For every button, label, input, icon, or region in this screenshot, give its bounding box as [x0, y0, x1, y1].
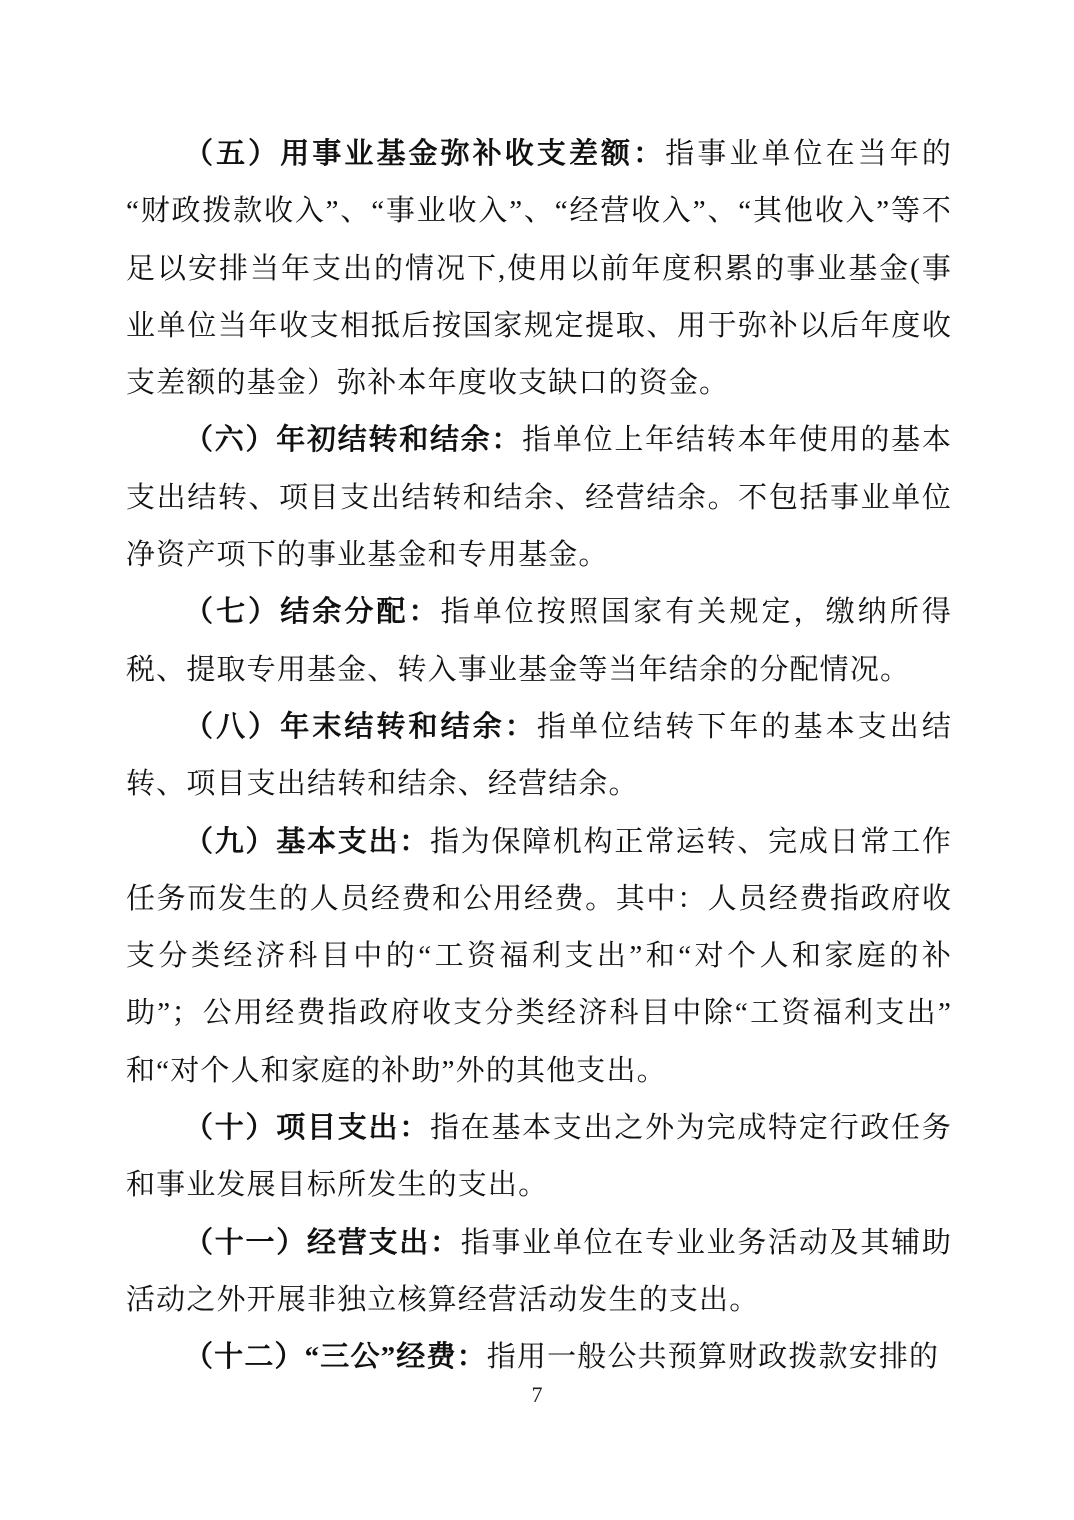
definition-paragraph-10: （十）项目支出：指在基本支出之外为完成特定行政任务和事业发展目标所发生的支出。 [126, 1100, 952, 1215]
paragraph-heading: （十一）经营支出： [184, 1227, 461, 1259]
definition-paragraph-7: （七）结余分配：指单位按照国家有关规定，缴纳所得税、提取专用基金、转入事业基金等… [126, 584, 952, 699]
paragraph-heading: （十）项目支出： [184, 1112, 430, 1144]
document-page: （五）用事业基金弥补收支差额：指事业单位在当年的“财政拨款收入”、“事业收入”、… [0, 0, 1074, 1520]
definition-paragraph-12: （十二）“三公”经费：指用一般公共预算财政拨款安排的 [126, 1329, 952, 1386]
paragraph-heading: （十二）“三公”经费： [184, 1341, 487, 1373]
paragraph-heading: （六）年初结转和结余： [184, 424, 522, 456]
paragraph-text: 指为保障机构正常运转、完成日常工作任务而发生的人员经费和公用经费。其中：人员经费… [126, 826, 952, 1087]
definition-paragraph-5: （五）用事业基金弥补收支差额：指事业单位在当年的“财政拨款收入”、“事业收入”、… [126, 126, 952, 412]
document-body: （五）用事业基金弥补收支差额：指事业单位在当年的“财政拨款收入”、“事业收入”、… [126, 126, 952, 1387]
page-number: 7 [0, 1380, 1074, 1410]
paragraph-heading: （七）结余分配： [184, 596, 441, 628]
paragraph-heading: （五）用事业基金弥补收支差额： [184, 138, 665, 170]
paragraph-text: 指用一般公共预算财政拨款安排的 [487, 1341, 939, 1373]
paragraph-heading: （九）基本支出： [184, 826, 430, 858]
definition-paragraph-6: （六）年初结转和结余：指单位上年结转本年使用的基本支出结转、项目支出结转和结余、… [126, 412, 952, 584]
definition-paragraph-9: （九）基本支出：指为保障机构正常运转、完成日常工作任务而发生的人员经费和公用经费… [126, 814, 952, 1100]
definition-paragraph-8: （八）年末结转和结余：指单位结转下年的基本支出结转、项目支出结转和结余、经营结余… [126, 699, 952, 814]
paragraph-heading: （八）年末结转和结余： [184, 711, 537, 743]
paragraph-text: 指事业单位在当年的“财政拨款收入”、“事业收入”、“经营收入”、“其他收入”等不… [126, 138, 952, 399]
definition-paragraph-11: （十一）经营支出：指事业单位在专业业务活动及其辅助活动之外开展非独立核算经营活动… [126, 1215, 952, 1330]
